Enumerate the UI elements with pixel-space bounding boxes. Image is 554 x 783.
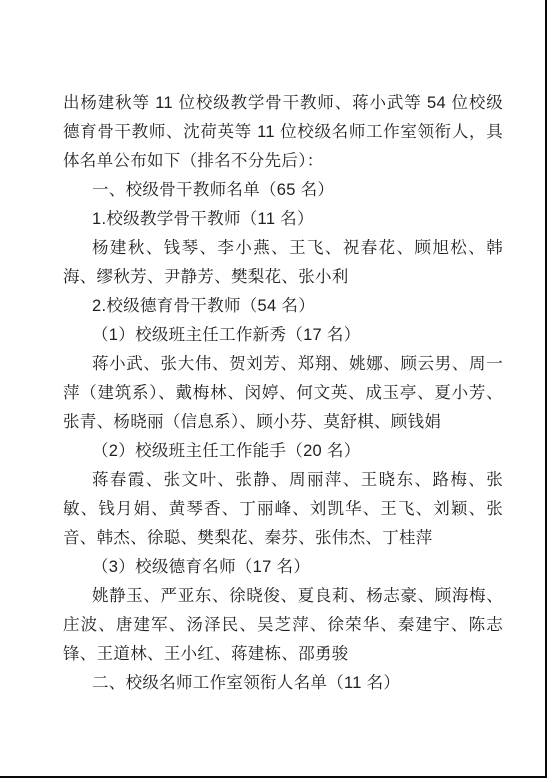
teacher-names-moral-education-master: 姚静玉、严亚东、徐晓俊、夏良莉、杨志豪、顾海梅、庄波、唐建军、汤泽民、吴芝萍、徐… [63, 582, 503, 669]
subsection-1-2-2-heading: （2）校级班主任工作能手（20 名） [63, 437, 503, 466]
document-body: 出杨建秋等 11 位校级教学骨干教师、蒋小武等 54 位校级德育骨干教师、沈荷英… [63, 89, 503, 698]
teacher-names-class-director-newcomer: 蒋小武、张大伟、贺刘芳、郑翔、姚娜、顾云男、周一萍（建筑系）、戴梅林、闵婷、何文… [63, 350, 503, 437]
section-2-heading: 二、校级名师工作室领衔人名单（11 名） [63, 669, 503, 698]
teacher-names-teaching-backbone: 杨建秋、钱琴、李小燕、王飞、祝春花、顾旭松、韩海、缪秋芳、尹静芳、樊梨花、张小利 [63, 234, 503, 292]
subsection-1-2-heading: 2.校级德育骨干教师（54 名） [63, 292, 503, 321]
teacher-names-class-director-expert: 蒋春霞、张文叶、张静、周丽萍、王晓东、路梅、张敏、钱月娟、黄琴香、丁丽峰、刘凯华… [63, 466, 503, 553]
page-edge-bottom-line [0, 776, 547, 778]
intro-paragraph: 出杨建秋等 11 位校级教学骨干教师、蒋小武等 54 位校级德育骨干教师、沈荷英… [63, 89, 503, 176]
subsection-1-2-3-heading: （3）校级德育名师（17 名） [63, 553, 503, 582]
section-1-heading: 一、校级骨干教师名单（65 名） [63, 176, 503, 205]
subsection-1-1-heading: 1.校级教学骨干教师（11 名） [63, 205, 503, 234]
page-edge-right-line [545, 0, 547, 778]
document-page: 出杨建秋等 11 位校级教学骨干教师、蒋小武等 54 位校级德育骨干教师、沈荷英… [0, 0, 554, 783]
subsection-1-2-1-heading: （1）校级班主任工作新秀（17 名） [63, 321, 503, 350]
